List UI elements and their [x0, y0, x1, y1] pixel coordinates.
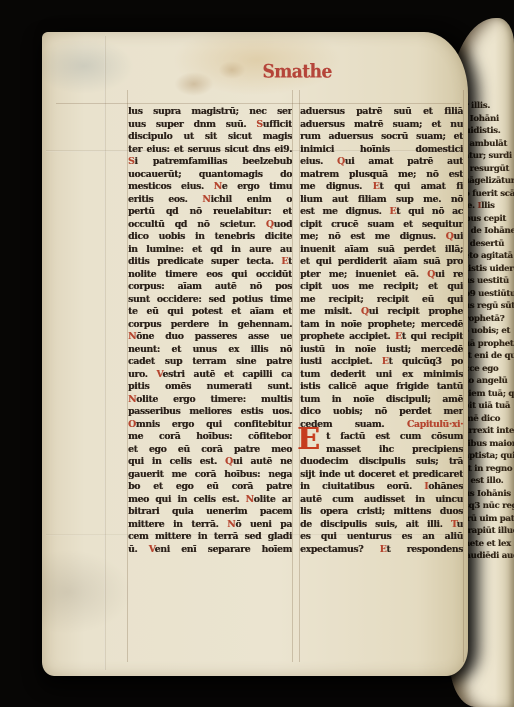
ruling-line-vertical — [463, 90, 464, 662]
text-line: cem mittere in terrā sed gladi — [128, 531, 292, 544]
text-line: lus supra magistrū; nec ser — [128, 106, 292, 119]
rubric-text: N — [128, 394, 136, 405]
text-line: me; nō est me dignus. Qui — [300, 231, 463, 244]
ruling-line-horizontal — [56, 103, 460, 104]
text-line: cadet sup terram sine patre — [128, 356, 292, 369]
rubric-text: Q — [266, 219, 274, 230]
text-line: ter eius: et seruus sicut dns ei9. — [128, 144, 292, 157]
text-line: duodecim discipulis suis; trā — [300, 456, 463, 469]
text-line: me corā hoībus: cōfitebor — [128, 431, 292, 444]
text-line: inuenit aīam suā perdet illā; — [300, 244, 463, 257]
text-line: Si patremfamilias beelzebub — [128, 156, 292, 169]
text-line: bitrari quia uenerim pacem — [128, 506, 292, 519]
text-line: bo et ego eū corā patre — [128, 481, 292, 494]
text-line: autē cum audisset in uincu — [300, 494, 463, 507]
text-line: tum dederit uni ex minimis — [300, 369, 463, 382]
vertical-crease — [104, 36, 106, 670]
rubric-text: E — [395, 331, 402, 342]
text-line: Omnis ergo qui confitebitur — [128, 419, 292, 432]
book-photo: ur illis.te Iohānit uidistis.di ambulātd… — [0, 0, 514, 707]
text-line: me misit. Qui recipit prophe — [300, 306, 463, 319]
rubric-text: N — [214, 181, 222, 192]
text-line: uro. Vestri autē et capilli ca — [128, 369, 292, 382]
text-line: t factū est cum cōsum — [300, 431, 463, 444]
text-line: passeribus meliores estis uos. — [128, 406, 292, 419]
text-line: mittere in terrā. Nō ueni pa — [128, 519, 292, 532]
rubric-text: N — [246, 494, 254, 505]
text-line: tam in noīe prophete; mercedē — [300, 319, 463, 332]
rubric-text: Q — [225, 456, 233, 467]
text-line: de discipulis suis, ait illi. Tu — [300, 519, 463, 532]
text-line: es qui uenturus es an aliū — [300, 531, 463, 544]
text-line: est me dignus. Et qui nō ac — [300, 206, 463, 219]
text-line: pitis omēs numerati sunt. — [128, 381, 292, 394]
rubric-text: Q — [337, 156, 345, 167]
text-line: inimici hoīnis domestici — [300, 144, 463, 157]
text-line: ditis predicate super tecta. Et — [128, 256, 292, 269]
text-line: prophete accipiet. Et qui recipit — [300, 331, 463, 344]
text-line: expectamus? Et respondens — [300, 544, 463, 557]
ruling-line-vertical — [292, 90, 293, 662]
rubric-text: N — [128, 331, 136, 342]
text-line: occultū qd nō scietur. Quod — [128, 219, 292, 232]
text-line: sunt occidere: sed potius time — [128, 294, 292, 307]
text-line: me recipit; recipit eū qui — [300, 294, 463, 307]
text-line: qui in celis est. Qui autē ne — [128, 456, 292, 469]
chapter-initial: E — [297, 427, 323, 454]
rubric-text: Capitulū·xi· — [407, 419, 463, 430]
text-line: neunt: et unus ex illis nō — [128, 344, 292, 357]
text-line: cedem suam. Capitulū·xi· — [300, 419, 463, 432]
text-line: dico uobis in tenebris dicite — [128, 231, 292, 244]
running-title: Smathe — [232, 61, 362, 83]
text-line: lium aut filiam sup me. nō — [300, 194, 463, 207]
text-line: tum in noīe discipuli; amē — [300, 394, 463, 407]
text-line: pter me; inueniet eā. Qui re — [300, 269, 463, 282]
text-line: et ego eū corā patre meo — [128, 444, 292, 457]
text-line: et qui perdiderit aīam suā pro — [300, 256, 463, 269]
text-line: uocauerūt; quantomagis do — [128, 169, 292, 182]
text-line: pertū qd nō reuelabitur: et — [128, 206, 292, 219]
text-line: matrem plusquā me; nō est — [300, 169, 463, 182]
text-column-left: lus supra magistrū; nec seruus super dnm… — [128, 106, 292, 556]
text-line: dico uobis; nō perdet mer — [300, 406, 463, 419]
text-line: eius. Qui amat patrē aut — [300, 156, 463, 169]
manuscript-page: Smathe lus supra magistrū; nec seruus su… — [42, 32, 468, 676]
text-line: Nolite ergo timere: multis — [128, 394, 292, 407]
rubric-text: Q — [427, 269, 435, 280]
text-line: meo qui in celis est. Nolite ar — [128, 494, 292, 507]
text-line: lis opera cristi; mittens duos — [300, 506, 463, 519]
text-line: in lumine: et qd in aure au — [128, 244, 292, 257]
text-line: masset ihc precipiens — [300, 444, 463, 457]
text-line: in ciuitatibus eorū. Iohānes — [300, 481, 463, 494]
rubric-text: O — [128, 419, 136, 430]
text-line: te eū qui potest et aīam et — [128, 306, 292, 319]
text-line: cipit uos me recipit; et qui — [300, 281, 463, 294]
rubric-text: Q — [361, 306, 369, 317]
text-line: Nōne duo passeres asse ue — [128, 331, 292, 344]
text-line: discipulo ut sit sicut magis — [128, 131, 292, 144]
text-line: istis calicē aque frigide tantū — [300, 381, 463, 394]
text-line: me dignus. Et qui amat fi — [300, 181, 463, 194]
text-line: corpus: aīam autē nō pos — [128, 281, 292, 294]
text-line: iustū in noīe iusti; mercedē — [300, 344, 463, 357]
text-line: cipit crucē suam et sequitur — [300, 219, 463, 232]
text-line: aduersus matrē suam; et nu — [300, 119, 463, 132]
text-line: aduersus patrē suū et filiā — [300, 106, 463, 119]
text-line: sijt inde ut doceret et predicaret — [300, 469, 463, 482]
text-line: corpus perdere in gehennam. — [128, 319, 292, 332]
text-line: eritis eos. Nichil enim o — [128, 194, 292, 207]
text-line: ū. Veni enī separare hoīem — [128, 544, 292, 557]
text-line: rum aduersus socrū suam; et — [300, 131, 463, 144]
text-line: mesticos eius. Ne ergo timu — [128, 181, 292, 194]
text-line: iusti accipiet. Et quicūq3 po — [300, 356, 463, 369]
text-line: gauerit me corā hoībus: nega — [128, 469, 292, 482]
text-column-right: aduersus patrē suū et filiāaduersus matr… — [300, 106, 463, 556]
text-line: uus super dnm suū. Sufficit — [128, 119, 292, 132]
text-line: nolite timere eos qui occidūt — [128, 269, 292, 282]
